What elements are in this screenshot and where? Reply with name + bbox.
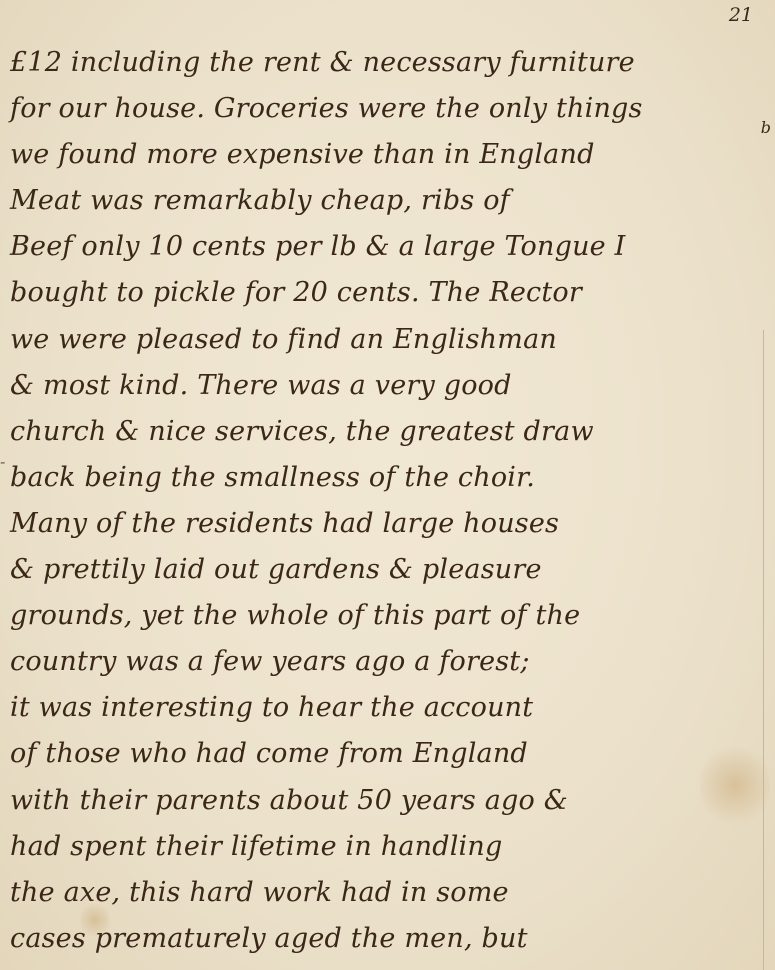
text-line: back being the smallness of the choir.: [10, 455, 767, 501]
manuscript-page: 21 b - £12 including the rent & necessar…: [0, 0, 775, 970]
text-line: the axe, this hard work had in some: [10, 870, 767, 916]
text-line: Many of the residents had large houses: [10, 501, 767, 547]
page-number: 21: [729, 4, 753, 26]
text-line: cases prematurely aged the men, but: [10, 916, 767, 962]
text-line: we found more expensive than in England: [10, 132, 767, 178]
text-line: church & nice services, the greatest dra…: [10, 409, 767, 455]
text-line: & prettily laid out gardens & pleasure: [10, 547, 767, 593]
handwritten-text-body: £12 including the rent & necessary furni…: [10, 40, 767, 962]
text-line: grounds, yet the whole of this part of t…: [10, 593, 767, 639]
text-line: Meat was remarkably cheap, ribs of: [10, 178, 767, 224]
text-line: we were pleased to find an Englishman: [10, 317, 767, 363]
text-line: with their parents about 50 years ago &: [10, 778, 767, 824]
text-line: had spent their lifetime in handling: [10, 824, 767, 870]
text-line: bought to pickle for 20 cents. The Recto…: [10, 270, 767, 316]
text-line: it was interesting to hear the account: [10, 685, 767, 731]
text-line: Beef only 10 cents per lb & a large Tong…: [10, 224, 767, 270]
text-line: £12 including the rent & necessary furni…: [10, 40, 767, 86]
text-line: of those who had come from England: [10, 731, 767, 777]
text-line: for our house. Groceries were the only t…: [10, 86, 767, 132]
text-line: country was a few years ago a forest;: [10, 639, 767, 685]
text-line: & most kind. There was a very good: [10, 363, 767, 409]
margin-mark: -: [0, 452, 5, 471]
